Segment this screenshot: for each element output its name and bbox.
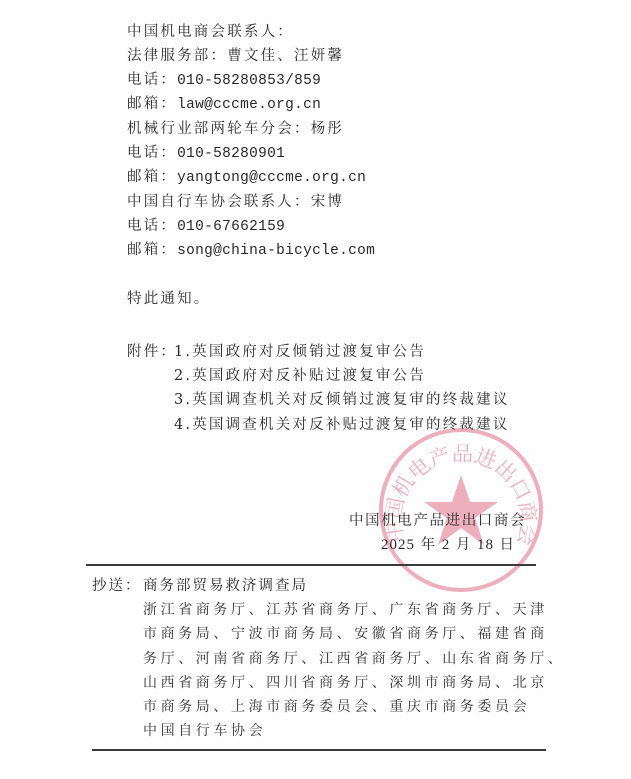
signing-organization: 中国机电产品进出口商会 — [349, 511, 526, 531]
legal-phone-number: 010-58280853/859 — [177, 73, 321, 89]
email-label: 邮箱： — [127, 96, 177, 112]
official-seal-icon: 中国机电产品进出口商会 — [376, 425, 546, 595]
date-year: 2025 — [381, 537, 415, 553]
legal-email-row: 邮箱：law@cccme.org.cn — [127, 94, 321, 115]
legal-dept-contact: 法律服务部：曹文佳、汪妍馨 — [127, 46, 344, 66]
cccme-contact-header: 中国机电商会联系人： — [127, 22, 294, 42]
cba-phone-number: 010-67662159 — [177, 219, 285, 235]
attachments-label: 附件： — [127, 342, 177, 362]
svg-text:中国机电产品进出口商会: 中国机电产品进出口商会 — [381, 442, 540, 548]
email-label: 邮箱： — [127, 169, 177, 185]
legal-email-address: law@cccme.org.cn — [177, 97, 321, 113]
attachment-item: 3.英国调查机关对反倾销过渡复审的终裁建议 — [174, 390, 510, 410]
date-month: 2 — [442, 537, 451, 553]
date-day-unit: 日 — [500, 537, 516, 553]
notice-text: 特此通知。 — [127, 289, 211, 309]
divider-bottom — [92, 749, 546, 751]
cc-recipient-line: 中国自行车协会 — [143, 721, 266, 741]
signing-date: 2025 年 2 月 18 日 — [381, 535, 515, 555]
email-label: 邮箱： — [127, 242, 177, 258]
cc-recipient-line: 市商务局、上海市商务委员会、重庆市商务委员会 — [143, 697, 530, 717]
document-page: 中国机电商会联系人： 法律服务部：曹文佳、汪妍馨 电话：010-58280853… — [0, 0, 631, 779]
cc-recipient-primary: 商务部贸易救济调查局 — [143, 576, 308, 596]
cc-recipient-line: 浙江省商务厅、江苏省商务厅、广东省商务厅、天津 — [143, 600, 548, 620]
attachment-item: 2.英国政府对反补贴过渡复审公告 — [174, 366, 426, 386]
legal-phone-row: 电话：010-58280853/859 — [127, 70, 321, 91]
cba-email-address: song@china-bicycle.com — [177, 243, 375, 259]
cba-phone-row: 电话：010-67662159 — [127, 216, 285, 237]
cc-recipient-line: 务厅、河南省商务厅、江西省商务厅、山东省商务厅、 — [143, 649, 565, 669]
phone-label: 电话： — [127, 72, 177, 88]
date-year-unit: 年 — [421, 537, 437, 553]
phone-label: 电话： — [127, 218, 177, 234]
date-month-unit: 月 — [456, 537, 472, 553]
cc-label: 抄送： — [92, 576, 142, 596]
phone-label: 电话： — [127, 145, 177, 161]
divider-top — [86, 564, 536, 566]
machinery-email-row: 邮箱：yangtong@cccme.org.cn — [127, 167, 366, 188]
machinery-email-address: yangtong@cccme.org.cn — [177, 170, 366, 186]
machinery-branch-contact: 机械行业部两轮车分会：杨彤 — [127, 119, 344, 139]
attachment-item: 4.英国调查机关对反补贴过渡复审的终裁建议 — [174, 415, 510, 435]
attachment-item: 1.英国政府对反倾销过渡复审公告 — [174, 342, 426, 362]
cc-recipient-line: 市商务局、宁波市商务局、安徽省商务厅、福建省商 — [143, 624, 548, 644]
cba-email-row: 邮箱：song@china-bicycle.com — [127, 240, 375, 261]
cc-recipient-line: 山西省商务厅、四川省商务厅、深圳市商务局、北京 — [143, 673, 548, 693]
date-day: 18 — [477, 537, 494, 553]
cba-contact-header: 中国自行车协会联系人：宋博 — [127, 192, 344, 212]
machinery-phone-row: 电话：010-58280901 — [127, 143, 285, 164]
machinery-phone-number: 010-58280901 — [177, 146, 285, 162]
